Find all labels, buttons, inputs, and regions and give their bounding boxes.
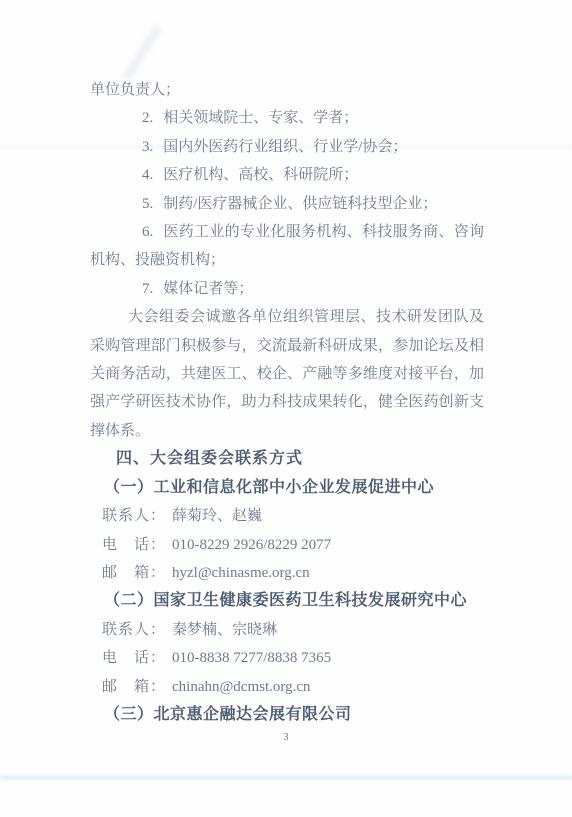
contact-person-row: 联系人：薛菊玲、赵巍 <box>90 502 484 530</box>
contact-phone-row: 电 话：010-8838 7277/8838 7365 <box>90 644 484 672</box>
list-item: 7.媒体记者等； <box>90 275 484 303</box>
list-item-number: 4. <box>142 167 153 183</box>
list-item: 2.相关领域院士、专家、学者； <box>90 104 484 132</box>
list-item: 5.制药/医疗器械企业、供应链科技型企业； <box>90 190 484 218</box>
contact-email-value: hyzl@chinasme.org.cn <box>172 565 310 581</box>
list-item-text: 制药/医疗器械企业、供应链科技型企业； <box>163 196 437 212</box>
list-item: 3.国内外医药行业组织、行业学/协会； <box>90 133 484 161</box>
contact-phone-label: 电 话： <box>102 650 166 666</box>
contact-phone-value: 010-8838 7277/8838 7365 <box>172 650 331 666</box>
scan-artifact <box>0 775 572 780</box>
list-item-number: 2. <box>142 110 153 126</box>
contact-person-value: 秦梦楠、宗晓琳 <box>172 622 277 638</box>
list-item-number: 7. <box>142 281 153 297</box>
contact-person-label: 联系人： <box>102 622 166 638</box>
list-item-text: 国内外医药行业组织、行业学/协会； <box>163 139 407 155</box>
invitation-paragraph: 大会组委会诚邀各单位组织管理层、技术研发团队及采购管理部门积极参与，交流最新科研… <box>90 303 484 445</box>
contact-email-row: 邮 箱：hyzl@chinasme.org.cn <box>90 559 484 587</box>
list-item-number: 5. <box>142 196 153 212</box>
list-item-text: 医疗机构、高校、科研院所； <box>163 167 358 183</box>
contact-email-row: 邮 箱：chinahn@dcmst.org.cn <box>90 673 484 701</box>
contact-person-value: 薛菊玲、赵巍 <box>172 508 262 524</box>
contact-phone-value: 010-8229 2926/8229 2077 <box>172 537 331 553</box>
intro-continuation-line: 单位负责人； <box>90 76 484 104</box>
contact-person-label: 联系人： <box>102 508 166 524</box>
contact-phone-row: 电 话：010-8229 2926/8229 2077 <box>90 531 484 559</box>
contact-email-label: 邮 箱： <box>102 565 166 581</box>
list-item-number: 3. <box>142 139 153 155</box>
scan-artifact <box>122 25 162 82</box>
contact-org-2: （二）国家卫生健康委医药卫生科技发展研究中心 <box>90 587 484 615</box>
page-content: 单位负责人； 2.相关领域院士、专家、学者； 3.国内外医药行业组织、行业学/协… <box>90 76 484 729</box>
contact-person-row: 联系人：秦梦楠、宗晓琳 <box>90 616 484 644</box>
list-item: 6.医药工业的专业化服务机构、科技服务商、咨询机构、投融资机构； <box>90 218 484 275</box>
page-number: 3 <box>0 730 572 746</box>
contact-email-value: chinahn@dcmst.org.cn <box>172 679 311 695</box>
list-item-text: 媒体记者等； <box>163 281 253 297</box>
contact-org-1: （一）工业和信息化部中小企业发展促进中心 <box>90 474 484 502</box>
list-item: 4.医疗机构、高校、科研院所； <box>90 161 484 189</box>
contact-email-label: 邮 箱： <box>102 679 166 695</box>
list-item-number: 6. <box>142 224 153 240</box>
document-page: 单位负责人； 2.相关领域院士、专家、学者； 3.国内外医药行业组织、行业学/协… <box>0 0 572 817</box>
section-heading: 四、大会组委会联系方式 <box>90 445 484 473</box>
contact-org-3: （三）北京惠企融达会展有限公司 <box>90 701 484 729</box>
contact-phone-label: 电 话： <box>102 537 166 553</box>
list-item-text: 相关领域院士、专家、学者； <box>163 110 358 126</box>
